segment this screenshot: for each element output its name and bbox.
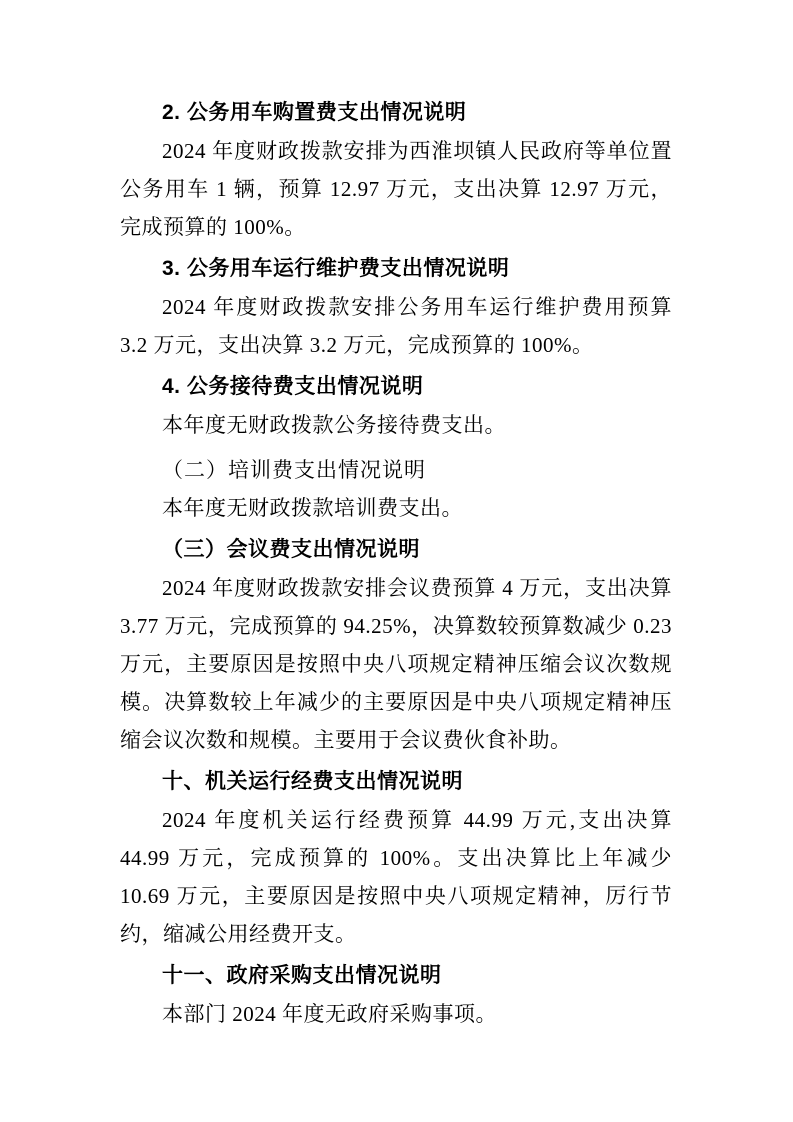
paragraph-vehicle-purchase: 2024 年度财政拨款安排为西淮坝镇人民政府等单位置公务用车 1 辆，预算 12… [120,132,672,246]
paragraph-official-reception: 本年度无财政拨款公务接待费支出。 [120,406,672,444]
paragraph-vehicle-maintenance: 2024 年度财政拨款安排公务用车运行维护费用预算 3.2 万元，支出决算 3.… [120,288,672,364]
document-page: 2. 公务用车购置费支出情况说明 2024 年度财政拨款安排为西淮坝镇人民政府等… [0,0,793,1122]
paragraph-training-expense: 本年度无财政拨款培训费支出。 [120,489,672,527]
section-heading-meeting-expense: （三）会议费支出情况说明 [120,531,672,569]
section-heading-official-reception: 4. 公务接待费支出情况说明 [120,368,672,406]
section-heading-training-expense: （二）培训费支出情况说明 [120,451,672,489]
paragraph-government-procurement: 本部门 2024 年度无政府采购事项。 [120,995,672,1033]
section-heading-vehicle-maintenance: 3. 公务用车运行维护费支出情况说明 [120,250,672,288]
section-heading-vehicle-purchase: 2. 公务用车购置费支出情况说明 [120,94,672,132]
paragraph-operating-expense: 2024 年度机关运行经费预算 44.99 万元,支出决算 44.99 万元，完… [120,801,672,953]
section-heading-operating-expense: 十、机关运行经费支出情况说明 [120,763,672,801]
section-heading-government-procurement: 十一、政府采购支出情况说明 [120,957,672,995]
paragraph-meeting-expense: 2024 年度财政拨款安排会议费预算 4 万元，支出决算 3.77 万元，完成预… [120,569,672,759]
